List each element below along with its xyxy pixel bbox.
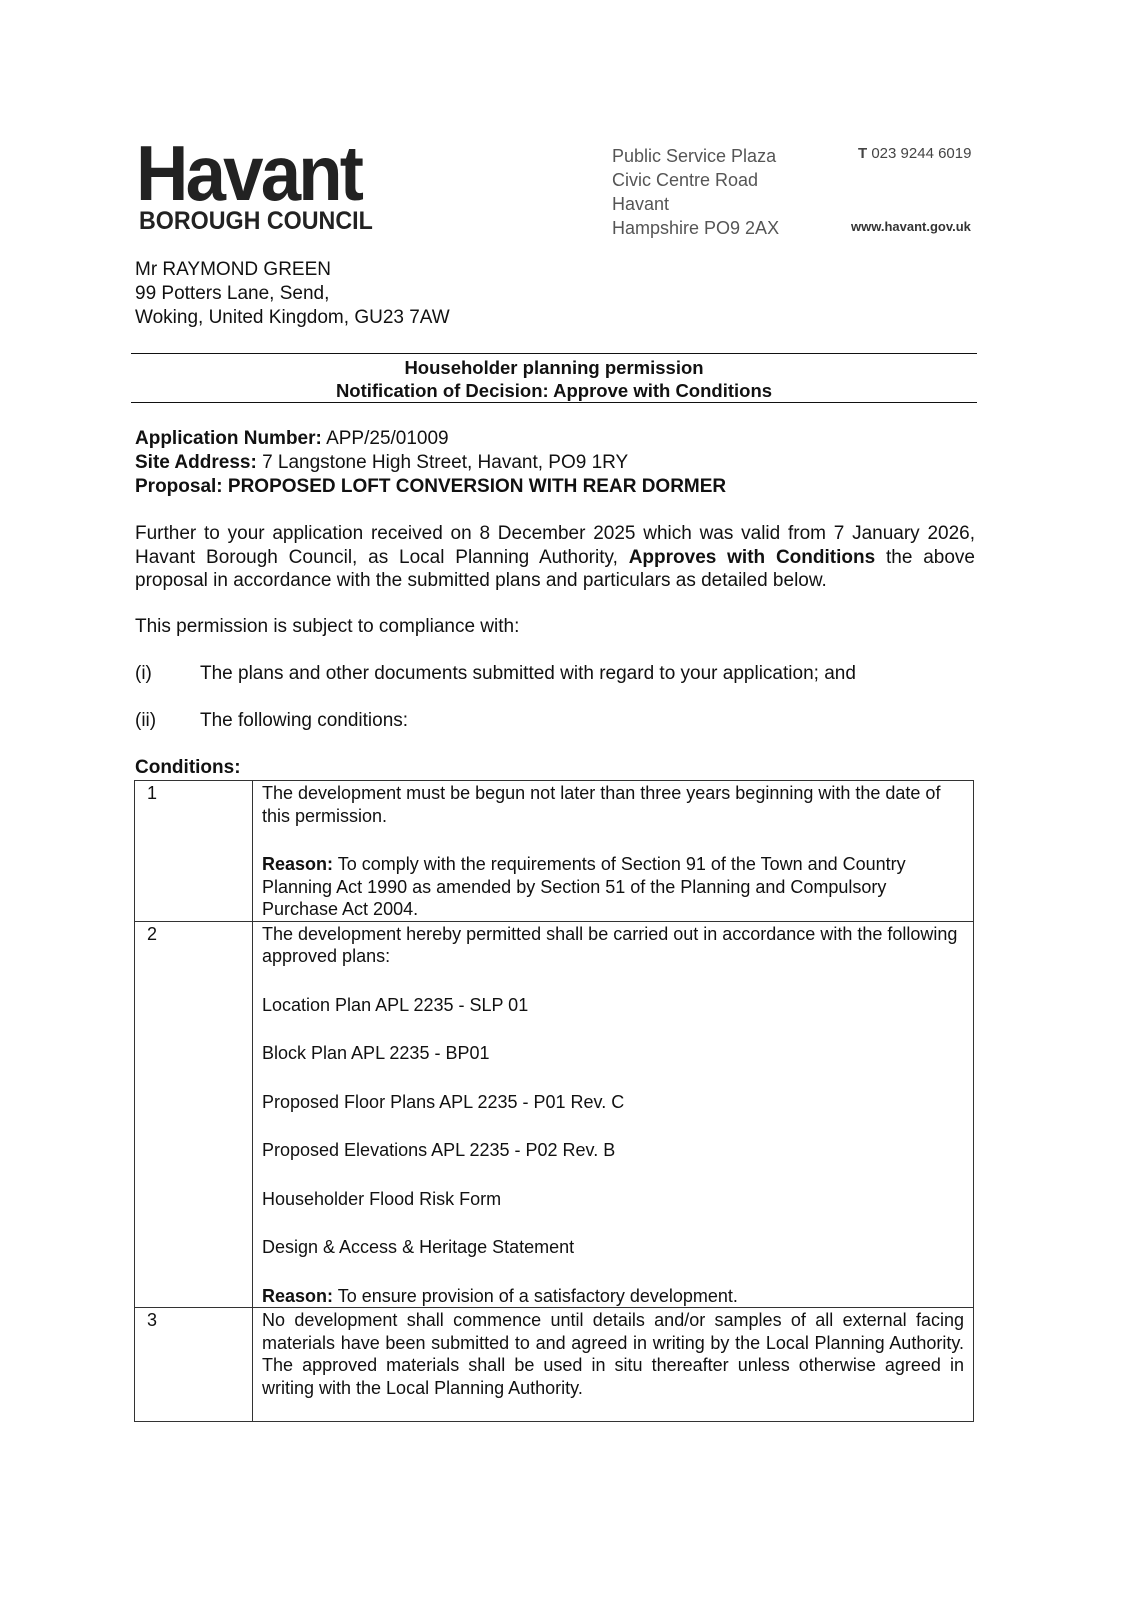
phone-prefix: T [858, 145, 867, 162]
table-row: 1 The development must be begun not late… [135, 781, 974, 922]
decision-paragraph: Further to your application received on … [135, 522, 975, 593]
address-line: Havant [612, 192, 779, 216]
condition-number: 3 [135, 1308, 253, 1422]
council-phone: T 023 9244 6019 [858, 145, 971, 162]
council-logo-wordmark: Havant [136, 140, 361, 206]
compliance-item: (i)The plans and other documents submitt… [135, 663, 856, 685]
conditions-table: 1 The development must be begun not late… [134, 780, 974, 1422]
council-website[interactable]: www.havant.gov.uk [851, 219, 971, 234]
council-address: Public Service Plaza Civic Centre Road H… [612, 144, 779, 240]
approved-plan: Proposed Elevations APL 2235 - P02 Rev. … [262, 1139, 964, 1162]
address-line: Civic Centre Road [612, 168, 779, 192]
compliance-intro: This permission is subject to compliance… [135, 616, 519, 638]
table-row: 2 The development hereby permitted shall… [135, 921, 974, 1308]
title-line-2: Notification of Decision: Approve with C… [131, 379, 977, 402]
condition-number: 2 [135, 921, 253, 1308]
compliance-item: (ii)The following conditions: [135, 710, 408, 732]
recipient-address: Mr RAYMOND GREEN 99 Potters Lane, Send, … [135, 258, 450, 330]
document-title: Householder planning permission Notifica… [131, 356, 977, 402]
application-number: Application Number: APP/25/01009 [135, 427, 726, 451]
approved-plan: Proposed Floor Plans APL 2235 - P01 Rev.… [262, 1091, 964, 1114]
recipient-line: Woking, United Kingdom, GU23 7AW [135, 306, 450, 330]
condition-body: The development must be begun not later … [253, 781, 974, 922]
council-logo-subtitle: BOROUGH COUNCIL [139, 206, 373, 236]
address-line: Hampshire PO9 2AX [612, 216, 779, 240]
condition-number: 1 [135, 781, 253, 922]
title-bottom-rule [131, 402, 977, 403]
address-line: Public Service Plaza [612, 144, 779, 168]
conditions-heading: Conditions: [135, 757, 241, 779]
phone-number: 023 9244 6019 [871, 145, 971, 162]
site-address: Site Address: 7 Langstone High Street, H… [135, 451, 726, 475]
recipient-name: Mr RAYMOND GREEN [135, 258, 450, 282]
approved-plan: Location Plan APL 2235 - SLP 01 [262, 994, 964, 1017]
approved-plan: Design & Access & Heritage Statement [262, 1236, 964, 1259]
approved-plan: Block Plan APL 2235 - BP01 [262, 1042, 964, 1065]
condition-body: No development shall commence until deta… [253, 1308, 974, 1422]
application-details: Application Number: APP/25/01009 Site Ad… [135, 427, 726, 499]
approved-plan: Householder Flood Risk Form [262, 1188, 964, 1211]
proposal: Proposal: PROPOSED LOFT CONVERSION WITH … [135, 475, 726, 499]
recipient-line: 99 Potters Lane, Send, [135, 282, 450, 306]
table-row: 3 No development shall commence until de… [135, 1308, 974, 1422]
title-top-rule [131, 353, 977, 354]
condition-body: The development hereby permitted shall b… [253, 921, 974, 1308]
title-line-1: Householder planning permission [131, 356, 977, 379]
